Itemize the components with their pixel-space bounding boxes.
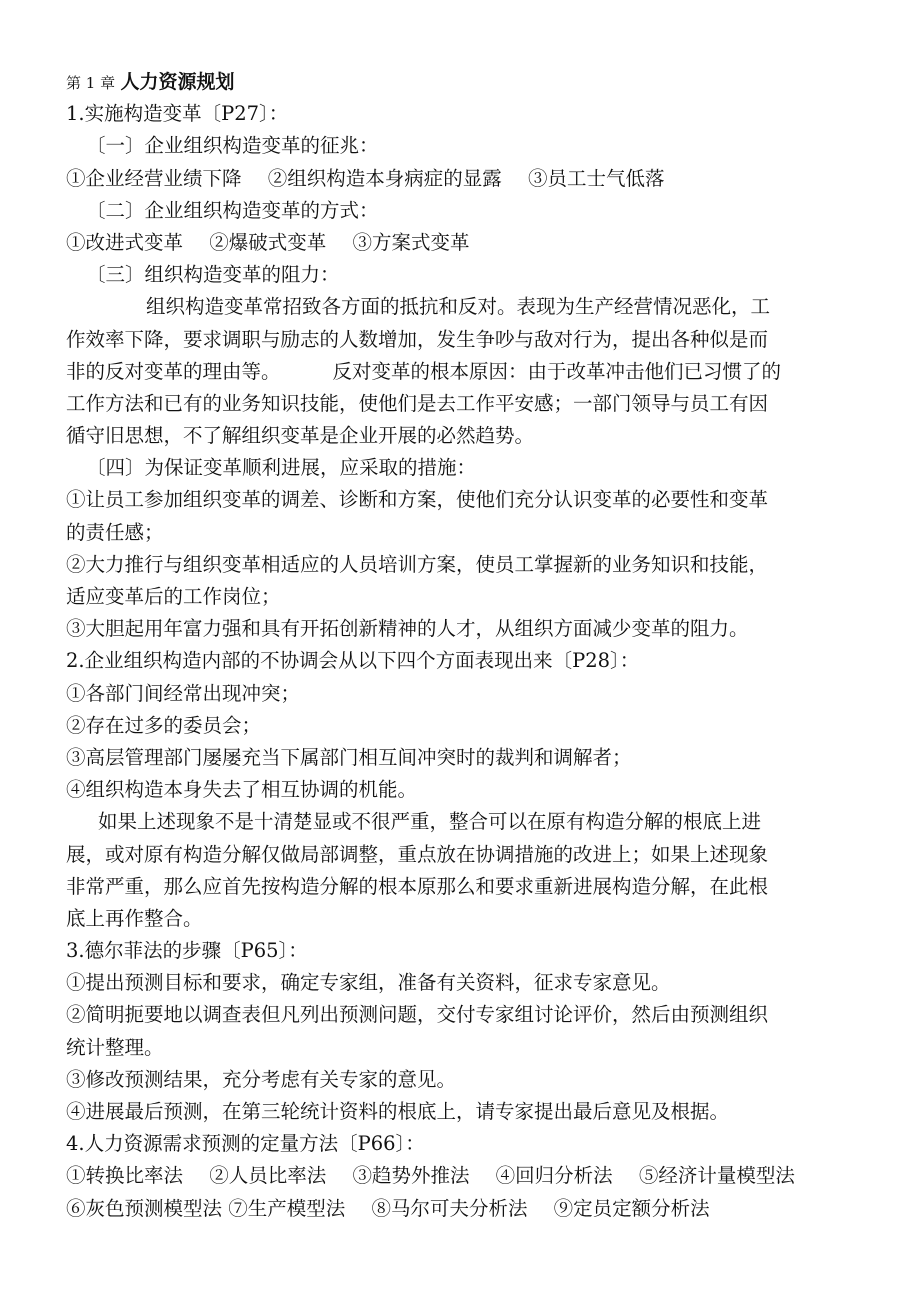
method-item: ⑥灰色预测模型法: [66, 1197, 222, 1220]
list-line: ④组织构造本身失去了相互协调的机能。: [66, 774, 866, 806]
chapter-heading: 第 1 章 人力资源规划: [66, 66, 866, 98]
method-item: ⑤经济计量模型法: [639, 1164, 795, 1187]
paragraph-line: 工作方法和已有的业务知识技能，使他们是去工作平安感；一部门领导与员工有因: [66, 388, 866, 420]
subsection-4-heading: 〔四〕为保证变革顺利进展，应采取的措施：: [66, 452, 866, 484]
list-line: ③修改预测结果，充分考虑有关专家的意见。: [66, 1064, 866, 1096]
chapter-prefix: 第 1 章: [66, 74, 115, 92]
paragraph-fragment: 非的反对变革的理由等。: [66, 360, 281, 383]
section-1-heading: 1.实施构造变革〔P27〕：: [66, 98, 866, 130]
subsection-3-heading: 〔三〕组织构造变革的阻力：: [66, 259, 866, 291]
method-item: ①转换比率法: [66, 1164, 183, 1187]
list-item: ③方案式变革: [352, 231, 469, 254]
list-line: ①提出预测目标和要求，确定专家组，准备有关资料，征求专家意见。: [66, 967, 866, 999]
paragraph-line: 非的反对变革的理由等。反对变革的根本原因：由于改革冲击他们已习惯了的: [66, 356, 866, 388]
methods-row-2: ⑥灰色预测模型法 ⑦生产模型法 ⑧马尔可夫分析法 ⑨定员定额分析法: [66, 1193, 866, 1225]
list-line: ①各部门间经常出现冲突；: [66, 678, 866, 710]
list-line: ②简明扼要地以调查表但凡列出预测问题，交付专家组讨论评价，然后由预测组织: [66, 999, 866, 1031]
list-line: ②存在过多的委员会；: [66, 710, 866, 742]
list-line: ③大胆起用年富力强和具有开拓创新精神的人才，从组织方面减少变革的阻力。: [66, 613, 866, 645]
method-item: ④回归分析法: [496, 1164, 613, 1187]
subsection-2-heading: 〔二〕企业组织构造变革的方式：: [66, 195, 866, 227]
subsection-1-heading: 〔一〕企业组织构造变革的征兆：: [66, 130, 866, 162]
list-line: ①让员工参加组织变革的调差、诊断和方案，使他们充分认识变革的必要性和变革: [66, 484, 866, 516]
paragraph-line: 如果上述现象不是十清楚显或不很严重，整合可以在原有构造分解的根底上进: [66, 806, 866, 838]
method-item: ⑨定员定额分析法: [554, 1197, 710, 1220]
list-item: ③员工士气低落: [528, 167, 665, 190]
method-item: ②人员比率法: [209, 1164, 326, 1187]
method-item: ③趋势外推法: [352, 1164, 469, 1187]
paragraph-line: 循守旧思想，不了解组织变革是企业开展的必然趋势。: [66, 420, 866, 452]
list-item: ②爆破式变革: [209, 231, 326, 254]
section-3-heading: 3.德尔菲法的步骤〔P65〕：: [66, 935, 866, 967]
subsection-1-items: ①企业经营业绩下降 ②组织构造本身病症的显露 ③员工士气低落: [66, 163, 866, 195]
paragraph-fragment: 反对变革的根本原因：由于改革冲击他们已习惯了的: [333, 360, 782, 383]
list-line: ④进展最后预测，在第三轮统计资料的根底上，请专家提出最后意见及根据。: [66, 1096, 866, 1128]
list-line: 适应变革后的工作岗位；: [66, 581, 866, 613]
list-item: ①改进式变革: [66, 231, 183, 254]
method-item: ⑦生产模型法: [228, 1197, 345, 1220]
paragraph-line: 组织构造变革常招致各方面的抵抗和反对。表现为生产经营情况恶化，工: [66, 291, 866, 323]
list-line: ②大力推行与组织变革相适应的人员培训方案，使员工掌握新的业务知识和技能，: [66, 549, 866, 581]
paragraph-line: 作效率下降，要求调职与励志的人数增加，发生争吵与敌对行为，提出各种似是而: [66, 324, 866, 356]
method-item: ⑧马尔可夫分析法: [371, 1197, 527, 1220]
section-2-heading: 2.企业组织构造内部的不协调会从以下四个方面表现出来〔P28〕：: [66, 645, 866, 677]
subsection-2-items: ①改进式变革 ②爆破式变革 ③方案式变革: [66, 227, 866, 259]
methods-row-1: ①转换比率法 ②人员比率法 ③趋势外推法 ④回归分析法 ⑤经济计量模型法: [66, 1160, 866, 1192]
list-line: ③高层管理部门屡屡充当下属部门相互间冲突时的裁判和调解者；: [66, 742, 866, 774]
list-line: 的责任感；: [66, 517, 866, 549]
section-4-heading: 4.人力资源需求预测的定量方法〔P66〕：: [66, 1128, 866, 1160]
paragraph-line: 底上再作整合。: [66, 903, 866, 935]
paragraph-line: 展，或对原有构造分解仅做局部调整，重点放在协调措施的改进上；如果上述现象: [66, 839, 866, 871]
paragraph-line: 非常严重，那么应首先按构造分解的根本原那么和要求重新进展构造分解，在此根: [66, 871, 866, 903]
list-line: 统计整理。: [66, 1032, 866, 1064]
list-item: ②组织构造本身病症的显露: [268, 167, 502, 190]
chapter-title: 人力资源规划: [121, 71, 235, 93]
document-page: 第 1 章 人力资源规划 1.实施构造变革〔P27〕： 〔一〕企业组织构造变革的…: [66, 66, 866, 1225]
list-item: ①企业经营业绩下降: [66, 167, 242, 190]
